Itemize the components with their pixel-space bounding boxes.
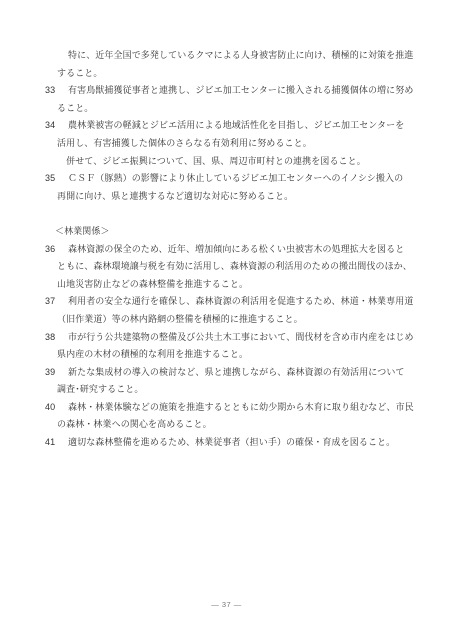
list-item-34: 34 農林業被害の軽減とジビエ活用による地域活性化を目指し、ジビエ加工センターを… bbox=[45, 117, 433, 170]
item-text: ＣＳＦ（豚熱）の影響により休止しているジビエ加工センターへのイノシシ搬入の 再開… bbox=[57, 170, 433, 205]
item-text: 利用者の安全な通行を確保し、森林資源の利活用を促進するため、林道・林業専用道 （… bbox=[57, 293, 433, 328]
item-number: 36 bbox=[45, 241, 57, 259]
section-gap bbox=[45, 205, 433, 223]
item-number: 41 bbox=[45, 434, 57, 452]
page-number: — 37 — bbox=[0, 600, 453, 609]
item-number: 37 bbox=[45, 293, 57, 311]
item-number: 39 bbox=[45, 364, 57, 382]
item-text: 新たな集成材の導入の検討など、県と連携しながら、森林資源の有効活用について 調査… bbox=[57, 364, 433, 399]
document-body: 特に、近年全国で多発しているクマによる人身被害防止に向け、積極的に対策を推進 す… bbox=[45, 47, 433, 452]
item-text: 適切な森林整備を進めるため、林業従事者（担い手）の確保・育成を図ること。 bbox=[57, 434, 433, 452]
item-number: 35 bbox=[45, 170, 57, 188]
list-item-33: 33 有害鳥獣捕獲従事者と連携し、ジビエ加工センターに搬入される捕獲個体の増に努… bbox=[45, 82, 433, 117]
section-heading-forestry: ＜林業関係＞ bbox=[45, 223, 433, 241]
item-text: 有害鳥獣捕獲従事者と連携し、ジビエ加工センターに搬入される捕獲個体の増に努め る… bbox=[57, 82, 433, 117]
item-text: 森林資源の保全のため、近年、増加傾向にある松くい虫被害木の処理拡大を図ると とも… bbox=[57, 241, 433, 294]
list-item-37: 37 利用者の安全な通行を確保し、森林資源の利活用を促進するため、林道・林業専用… bbox=[45, 293, 433, 328]
item-text: 市が行う公共建築物の整備及び公共土木工事において、間伐材を含め市内産をはじめ 県… bbox=[57, 329, 433, 364]
list-item-39: 39 新たな集成材の導入の検討など、県と連携しながら、森林資源の有効活用について… bbox=[45, 364, 433, 399]
list-item-36: 36 森林資源の保全のため、近年、増加傾向にある松くい虫被害木の処理拡大を図ると… bbox=[45, 241, 433, 294]
item-text: 農林業被害の軽減とジビエ活用による地域活性化を目指し、ジビエ加工センターを 活用… bbox=[57, 117, 433, 170]
item-number: 34 bbox=[45, 117, 57, 135]
document-page: 特に、近年全国で多発しているクマによる人身被害防止に向け、積極的に対策を推進 す… bbox=[0, 0, 453, 640]
list-item-35: 35 ＣＳＦ（豚熱）の影響により休止しているジビエ加工センターへのイノシシ搬入の… bbox=[45, 170, 433, 205]
item-number: 38 bbox=[45, 329, 57, 347]
item-text: 森林・林業体験などの施策を推進するとともに幼少期から木育に取り組むなど、市民 の… bbox=[57, 399, 433, 434]
list-item-41: 41 適切な森林整備を進めるため、林業従事者（担い手）の確保・育成を図ること。 bbox=[45, 434, 433, 452]
intro-paragraph: 特に、近年全国で多発しているクマによる人身被害防止に向け、積極的に対策を推進 す… bbox=[45, 47, 433, 82]
list-item-38: 38 市が行う公共建築物の整備及び公共土木工事において、間伐材を含め市内産をはじ… bbox=[45, 329, 433, 364]
item-number: 40 bbox=[45, 399, 57, 417]
item-number: 33 bbox=[45, 82, 57, 100]
list-item-40: 40 森林・林業体験などの施策を推進するとともに幼少期から木育に取り組むなど、市… bbox=[45, 399, 433, 434]
